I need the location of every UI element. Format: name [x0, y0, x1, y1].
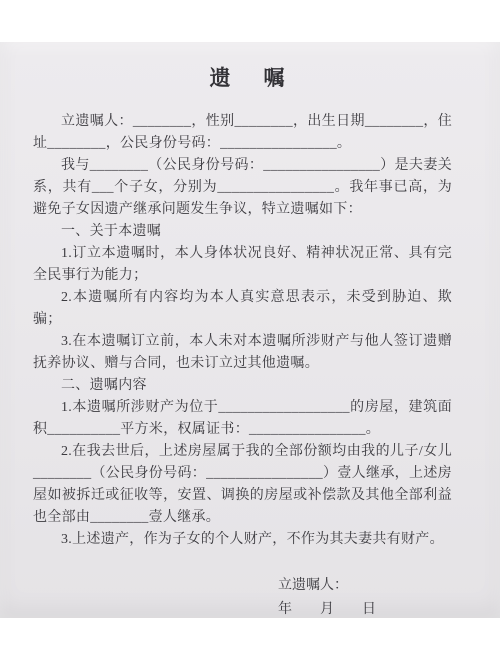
- section-heading-will-content: 二、遗嘱内容: [33, 375, 452, 397]
- clause-no-prior-agreements: 3.在本遗嘱订立前，本人未对本遗嘱所涉财产与他人签订遗赠抚养协议、赠与合同，也未…: [33, 331, 452, 375]
- signature-block: 立遗嘱人： 年 月 日: [0, 574, 500, 622]
- clause-personal-property: 3.上述遗产，作为子女的个人财产，不作为其夫妻共有财产。: [33, 529, 452, 551]
- page: 遗 嘱 立遗嘱人：________，性别________，出生日期_______…: [0, 0, 500, 667]
- will-body: 立遗嘱人：________，性别________，出生日期________，住址…: [0, 92, 500, 551]
- document-paper: 遗 嘱 立遗嘱人：________，性别________，出生日期_______…: [0, 42, 500, 618]
- signature-date-line: 年 月 日: [278, 598, 500, 622]
- paragraph-marriage-children: 我与________（公民身份号码：________________）是夫妻关系…: [33, 155, 452, 221]
- signature-signer-label: 立遗嘱人：: [278, 574, 500, 598]
- clause-true-intent: 2.本遗嘱所有内容均为本人真实意思表示，未受到胁迫、欺骗；: [33, 287, 452, 331]
- clause-capacity: 1.订立本遗嘱时，本人身体状况良好、精神状况正常、具有完全民事行为能力；: [33, 243, 452, 287]
- paragraph-testator-info: 立遗嘱人：________，性别________，出生日期________，住址…: [33, 111, 452, 155]
- section-heading-about-will: 一、关于本遗嘱: [33, 221, 452, 243]
- will-title: 遗 嘱: [0, 62, 500, 92]
- clause-inheritance: 2.在我去世后，上述房屋属于我的全部份额均由我的儿子/女儿________（公民…: [33, 441, 452, 529]
- clause-property-description: 1.本遗嘱所涉财产为位于__________________的房屋，建筑面积__…: [33, 397, 452, 441]
